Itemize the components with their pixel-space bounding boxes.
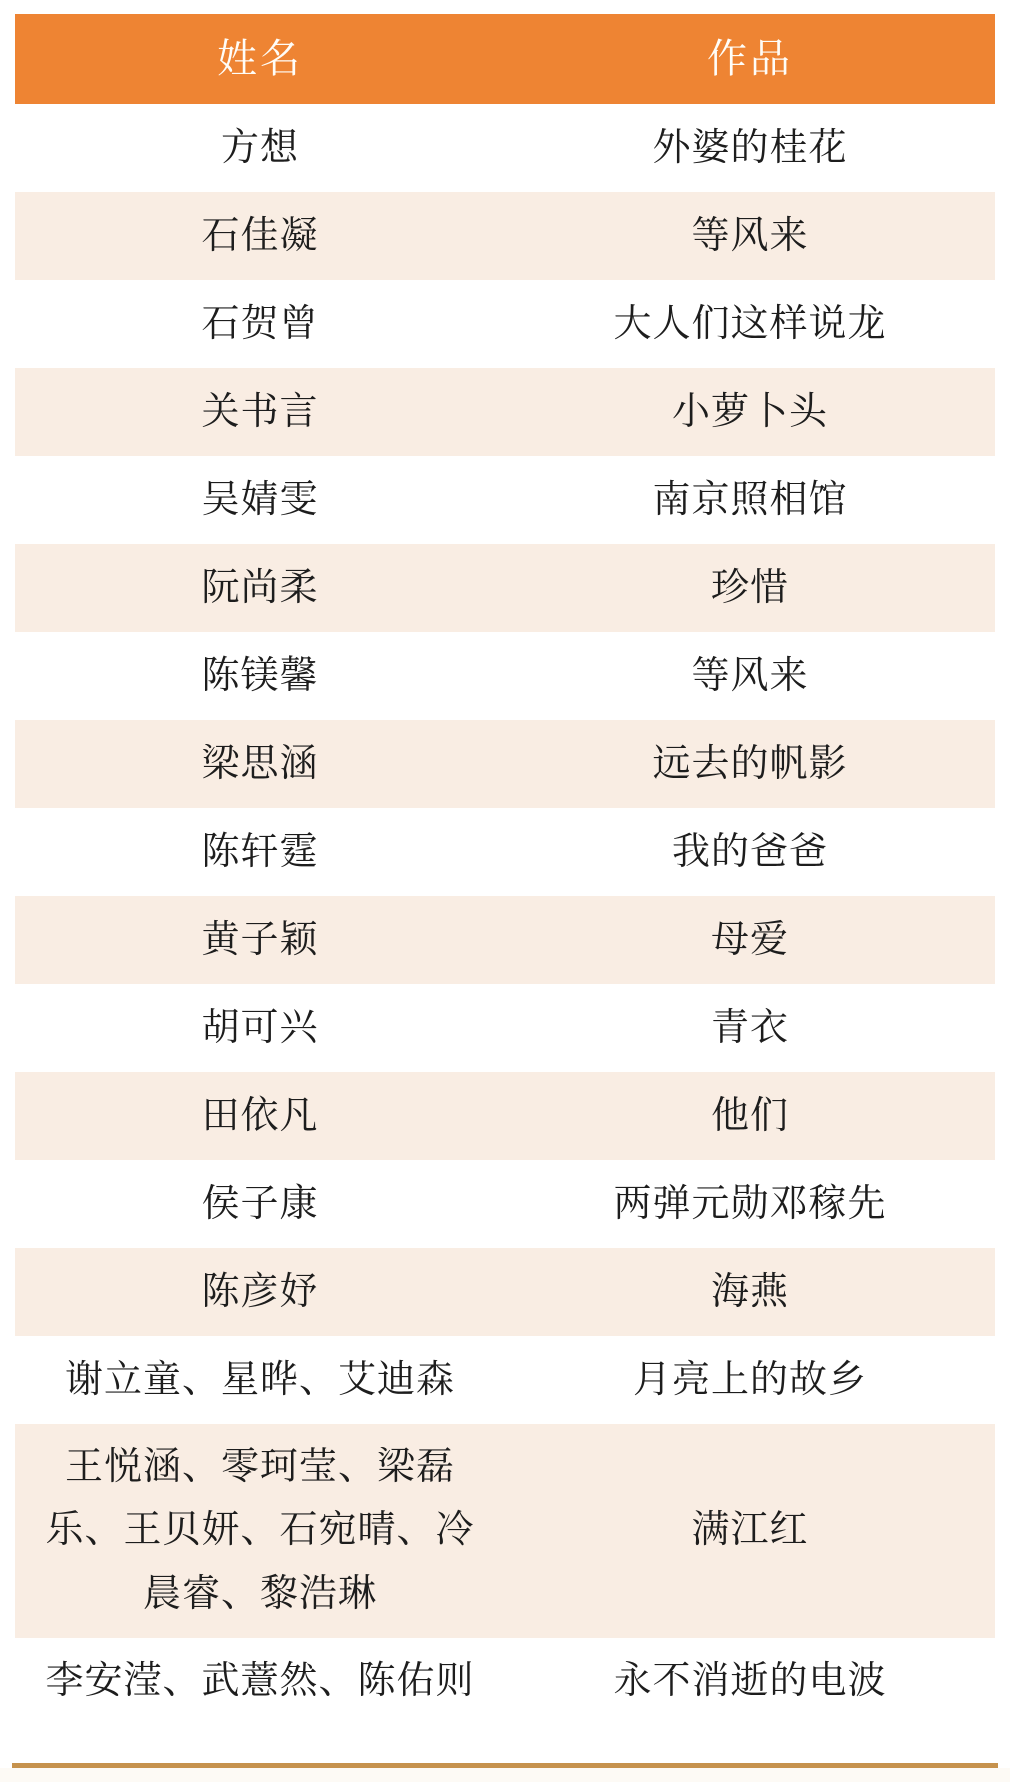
table-cell-work: 等风来 (505, 632, 995, 720)
table-row: 方想 外婆的桂花 (15, 104, 995, 192)
bottom-strip (0, 1768, 1010, 1782)
table-row: 陈彦妤 海燕 (15, 1248, 995, 1336)
table-row: 王悦涵、零珂莹、梁磊乐、王贝妍、石宛晴、冷晨睿、黎浩琳 满江红 (15, 1424, 995, 1637)
table-row: 石贺曾 大人们这样说龙 (15, 280, 995, 368)
table-cell-name: 李安滢、武薏然、陈佑则 (15, 1638, 505, 1726)
table-cell-work: 他们 (505, 1072, 995, 1160)
table-cell-name: 陈彦妤 (15, 1248, 505, 1336)
table-cell-name: 梁思涵 (15, 720, 505, 808)
table-row: 阮尚柔 珍惜 (15, 544, 995, 632)
table-row: 陈镁馨 等风来 (15, 632, 995, 720)
table-cell-name: 关书言 (15, 368, 505, 456)
table-row: 关书言 小萝卜头 (15, 368, 995, 456)
table-cell-work: 珍惜 (505, 544, 995, 632)
awards-table: 姓名 作品 方想 外婆的桂花 石佳凝 等风来 石贺曾 大人们这样说龙 关书言 小… (15, 14, 995, 1726)
table-cell-work: 两弹元勋邓稼先 (505, 1160, 995, 1248)
table-row: 李安滢、武薏然、陈佑则 永不消逝的电波 (15, 1638, 995, 1726)
table-row: 吴婧雯 南京照相馆 (15, 456, 995, 544)
table-header-row: 姓名 作品 (15, 14, 995, 104)
column-header-work: 作品 (505, 14, 995, 104)
table-cell-name: 王悦涵、零珂莹、梁磊乐、王贝妍、石宛晴、冷晨睿、黎浩琳 (15, 1424, 505, 1637)
table-cell-name: 阮尚柔 (15, 544, 505, 632)
table-cell-work: 我的爸爸 (505, 808, 995, 896)
column-header-name: 姓名 (15, 14, 505, 104)
table-cell-name: 方想 (15, 104, 505, 192)
table-cell-work: 月亮上的故乡 (505, 1336, 995, 1424)
table-cell-work: 海燕 (505, 1248, 995, 1336)
table-cell-name: 田依凡 (15, 1072, 505, 1160)
table-cell-name: 石贺曾 (15, 280, 505, 368)
table-cell-work: 南京照相馆 (505, 456, 995, 544)
table-cell-work: 大人们这样说龙 (505, 280, 995, 368)
table-cell-name: 谢立童、星晔、艾迪森 (15, 1336, 505, 1424)
table-cell-name: 黄子颖 (15, 896, 505, 984)
table-cell-work: 永不消逝的电波 (505, 1638, 995, 1726)
table-row: 陈轩霆 我的爸爸 (15, 808, 995, 896)
table-row: 田依凡 他们 (15, 1072, 995, 1160)
table-cell-work: 等风来 (505, 192, 995, 280)
table-cell-work: 外婆的桂花 (505, 104, 995, 192)
table-cell-name: 石佳凝 (15, 192, 505, 280)
table-row: 梁思涵 远去的帆影 (15, 720, 995, 808)
table-body: 方想 外婆的桂花 石佳凝 等风来 石贺曾 大人们这样说龙 关书言 小萝卜头 吴婧… (15, 104, 995, 1725)
table-cell-name: 陈镁馨 (15, 632, 505, 720)
table-cell-name: 陈轩霆 (15, 808, 505, 896)
table-cell-work: 小萝卜头 (505, 368, 995, 456)
table-cell-name: 胡可兴 (15, 984, 505, 1072)
table-cell-work: 远去的帆影 (505, 720, 995, 808)
table-cell-work: 满江红 (505, 1424, 995, 1637)
table-row: 石佳凝 等风来 (15, 192, 995, 280)
page: 姓名 作品 方想 外婆的桂花 石佳凝 等风来 石贺曾 大人们这样说龙 关书言 小… (0, 0, 1010, 1782)
table-cell-work: 青衣 (505, 984, 995, 1072)
table-cell-name: 侯子康 (15, 1160, 505, 1248)
table-cell-work: 母爱 (505, 896, 995, 984)
table-row: 黄子颖 母爱 (15, 896, 995, 984)
table-cell-name: 吴婧雯 (15, 456, 505, 544)
table-row: 侯子康 两弹元勋邓稼先 (15, 1160, 995, 1248)
table-row: 谢立童、星晔、艾迪森 月亮上的故乡 (15, 1336, 995, 1424)
table-row: 胡可兴 青衣 (15, 984, 995, 1072)
